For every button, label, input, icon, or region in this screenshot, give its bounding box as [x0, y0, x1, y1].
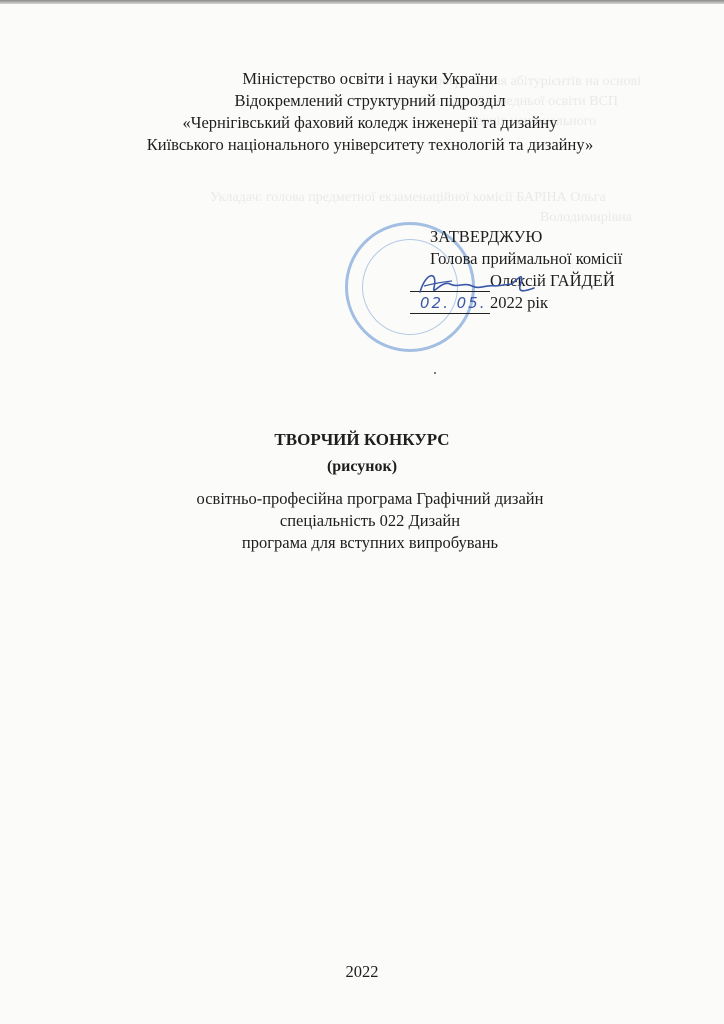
document-title: ТВОРЧИЙ КОНКУРС	[0, 430, 724, 450]
institution-header: Міністерство освіти і науки України Відо…	[100, 68, 640, 156]
document-subtitle: (рисунок)	[0, 458, 724, 476]
subdivision-line: Відокремлений структурний підрозділ	[100, 90, 640, 112]
program-description: освітньо-професійна програма Графічний д…	[150, 488, 590, 554]
footer-year: 2022	[0, 962, 724, 982]
college-line: «Чернігівський фаховий коледж інженерії …	[100, 112, 640, 134]
program-name-line: освітньо-професійна програма Графічний д…	[150, 488, 590, 510]
ministry-line: Міністерство освіти і науки України	[100, 68, 640, 90]
specialty-line: спеціальність 022 Дизайн	[150, 510, 590, 532]
approved-label: ЗАТВЕРДЖУЮ	[430, 226, 622, 248]
bleed-through-line: Володимирівна	[540, 208, 632, 228]
handwritten-date: 02. 05.	[420, 294, 486, 312]
program-purpose-line: програма для вступних випробувань	[150, 532, 590, 554]
speck	[434, 372, 436, 374]
bleed-through-line: Укладач: голова предметної екзаменаційно…	[210, 188, 606, 208]
scan-top-edge	[0, 0, 724, 4]
university-line: Київського національного університету те…	[100, 134, 640, 156]
